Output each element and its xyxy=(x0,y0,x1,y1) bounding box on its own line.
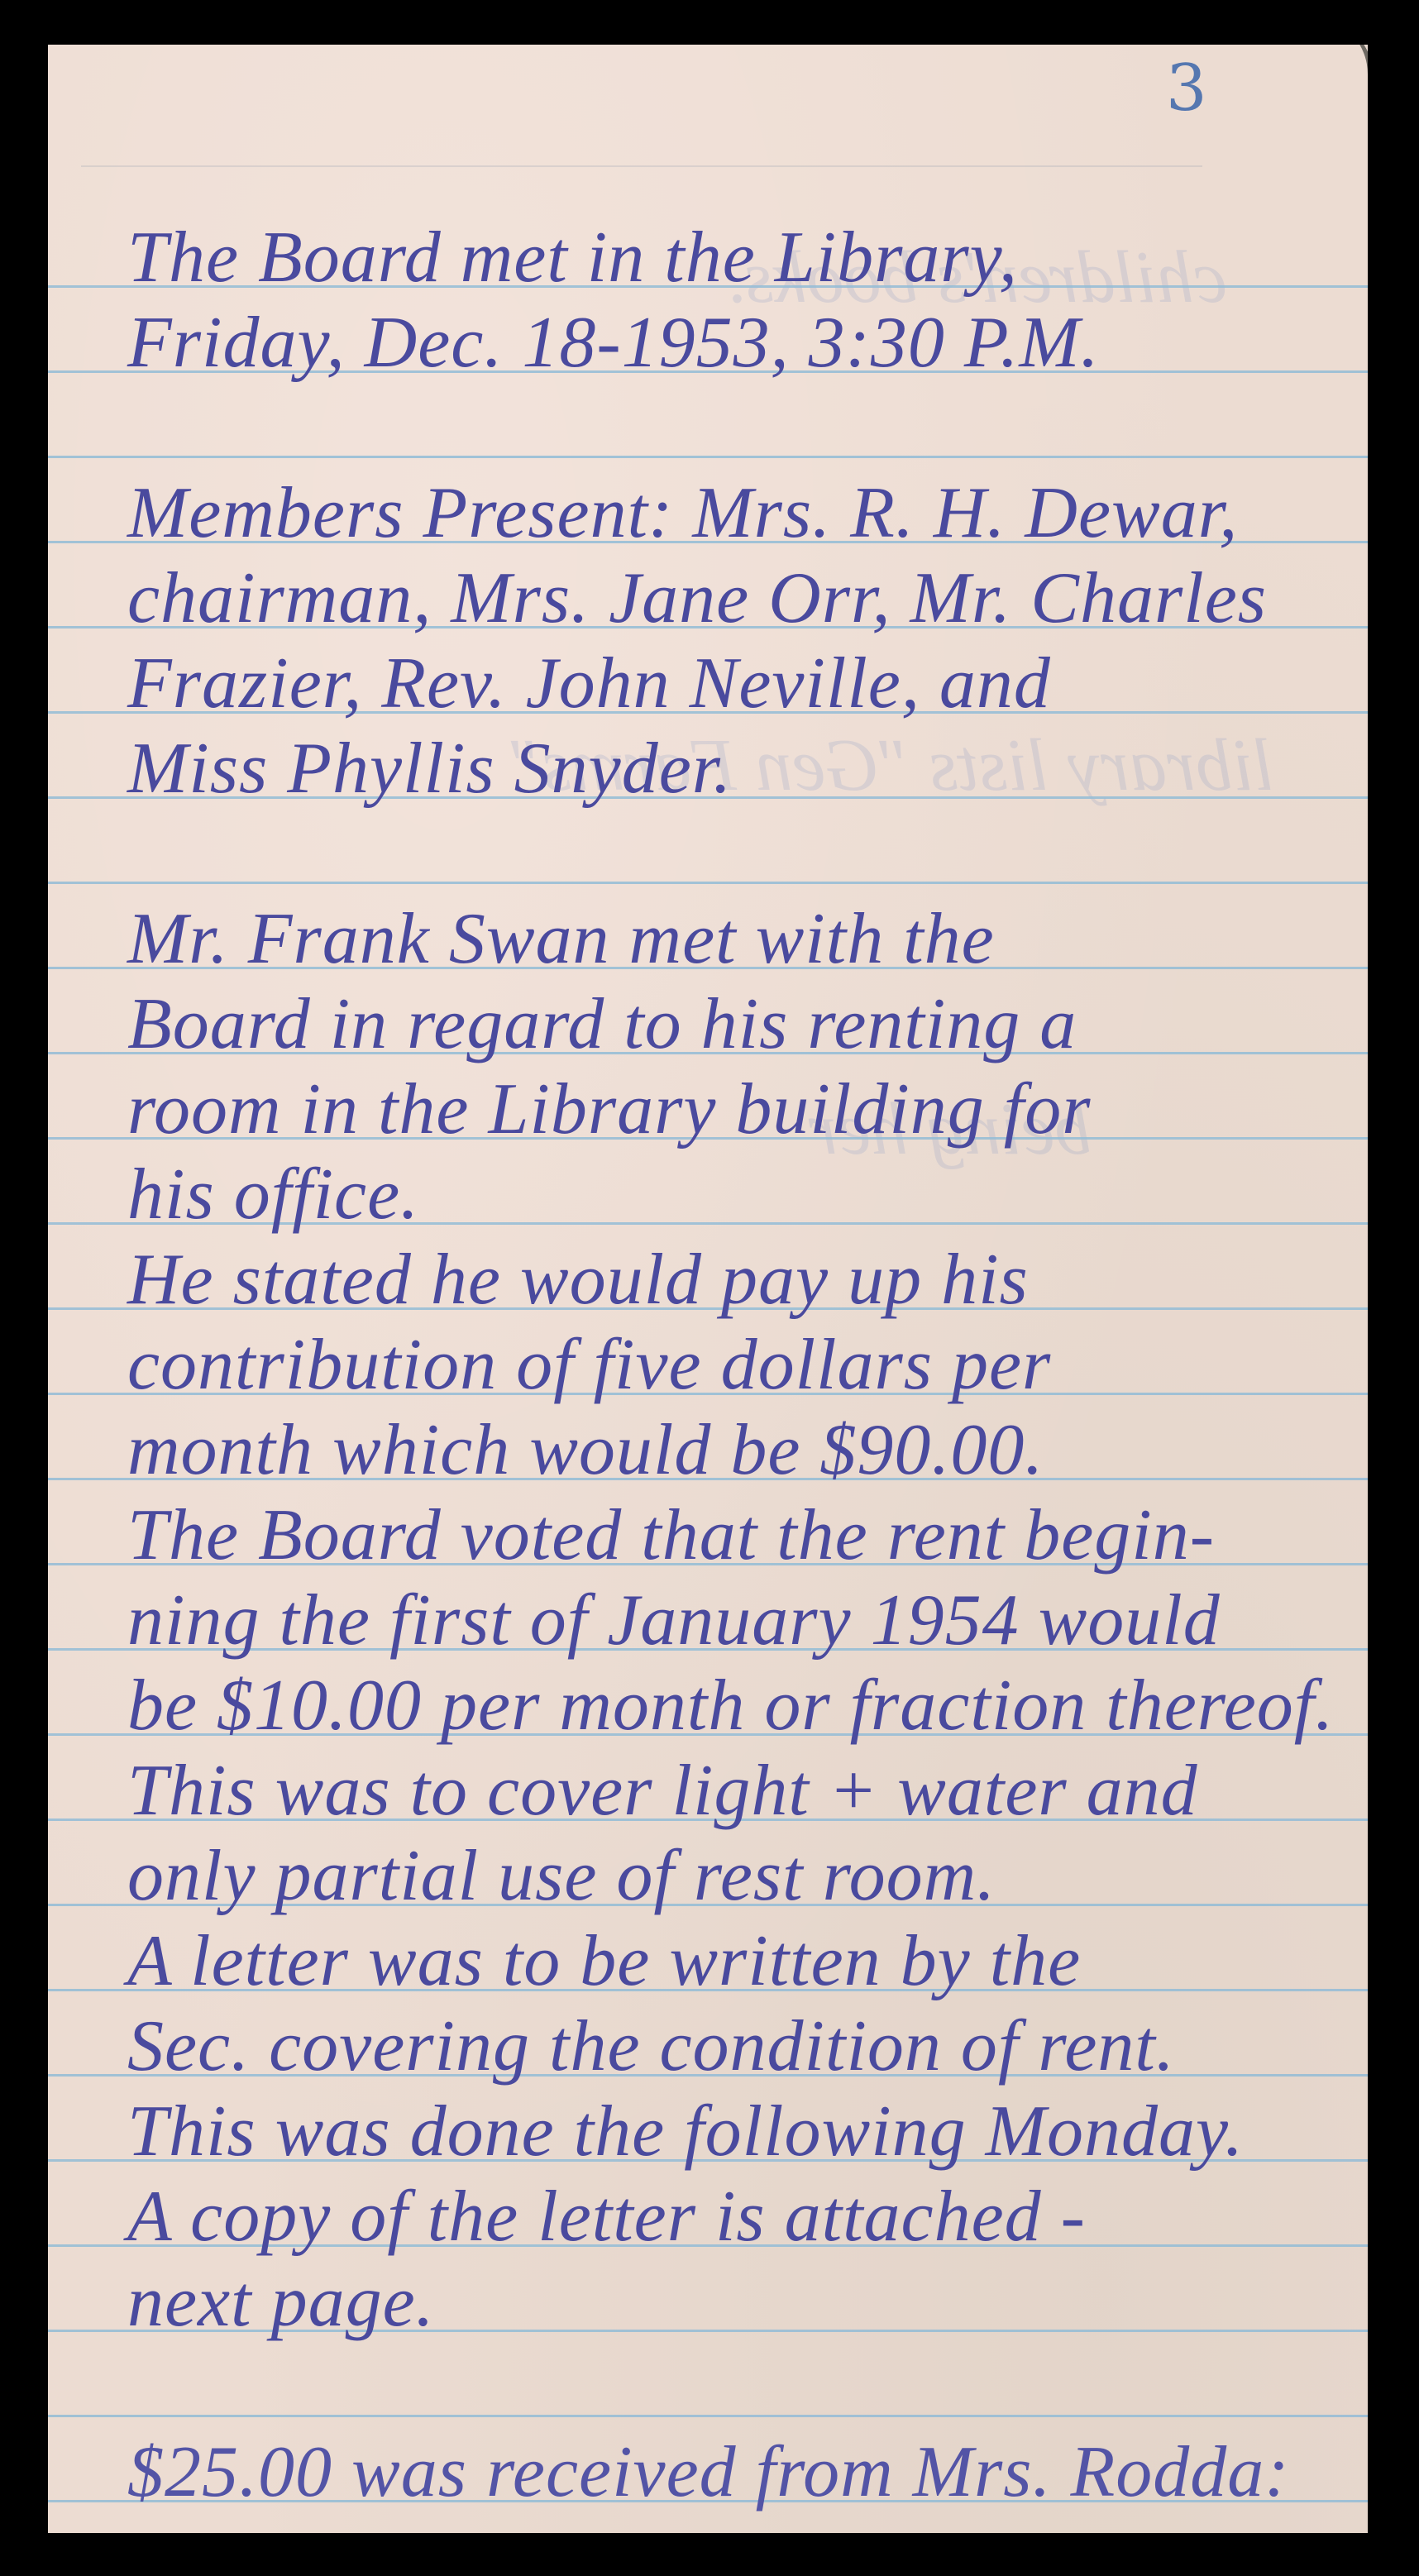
minutes-line: Members Present: Mrs. R. H. Dewar, xyxy=(127,477,1238,550)
minutes-line: contribution of five dollars per xyxy=(127,1329,1051,1402)
minutes-line: He stated he would pay up his xyxy=(127,1244,1029,1317)
page-number: 3 xyxy=(1166,56,1207,121)
minutes-line: next page. xyxy=(127,2266,435,2339)
minutes-line: be $10.00 per month or fraction thereof. xyxy=(127,1670,1334,1742)
minutes-line: A copy of the letter is attached - xyxy=(127,2181,1086,2253)
ruled-line xyxy=(48,882,1368,884)
minutes-line: chairman, Mrs. Jane Orr, Mr. Charles xyxy=(127,562,1267,635)
minutes-line: Frazier, Rev. John Neville, and xyxy=(127,648,1051,720)
minutes-line: ning the first of January 1954 would xyxy=(127,1584,1221,1657)
minutes-line: $25.00 was received from Mrs. Rodda: xyxy=(127,2436,1290,2509)
minutes-line: Friday, Dec. 18-1953, 3:30 P.M. xyxy=(127,307,1100,380)
minutes-line: month which would be $90.00. xyxy=(127,1414,1044,1487)
minutes-line: his office. xyxy=(127,1159,419,1231)
minutes-line: The Board voted that the rent begin- xyxy=(127,1499,1215,1572)
notebook-page: 3 children's books. library lists "Gen F… xyxy=(48,45,1368,2533)
minutes-line: Mr. Frank Swan met with the xyxy=(127,903,995,976)
minutes-line: Miss Phyllis Snyder. xyxy=(127,733,732,805)
header-divider xyxy=(81,165,1202,167)
minutes-line: only partial use of rest room. xyxy=(127,1840,996,1913)
ruled-line xyxy=(48,456,1368,458)
minutes-line: A letter was to be written by the xyxy=(127,1925,1081,1998)
minutes-line: This was done the following Monday. xyxy=(127,2096,1244,2168)
minutes-line: Sec. covering the condition of rent. xyxy=(127,2010,1175,2083)
minutes-line: room in the Library building for xyxy=(127,1073,1091,1146)
minutes-line: The Board met in the Library, xyxy=(127,222,1018,294)
minutes-line: Board in regard to his renting a xyxy=(127,988,1077,1061)
minutes-line: This was to cover light + water and xyxy=(127,1755,1198,1828)
ruled-line xyxy=(48,2415,1368,2417)
